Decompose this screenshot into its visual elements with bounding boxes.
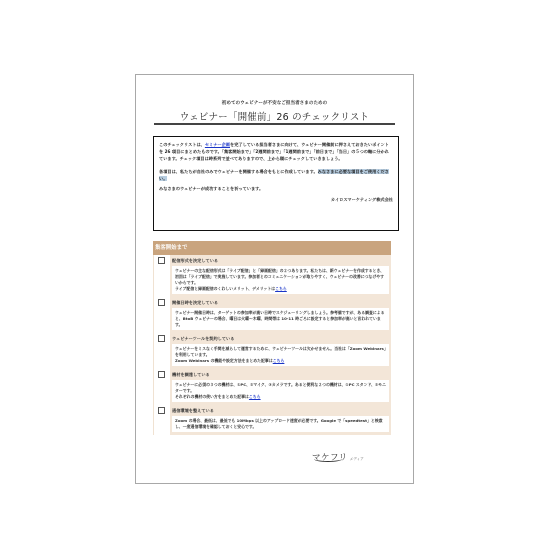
intro-box: このチェックリストは、セミナー企画を完了している担当者さまに向けて、ウェビナー開… (153, 136, 399, 231)
checkbox[interactable] (158, 407, 165, 414)
logo-media: メディア (350, 457, 364, 461)
item-content: 配信形式を決定しているウェビナーの主な配信形式は「ライブ配信」と「録画配信」の２… (170, 255, 391, 297)
checkbox[interactable] (158, 299, 165, 306)
item-label: ウェビナーツールを契約している (172, 333, 389, 344)
details-link[interactable]: こちら (275, 286, 287, 291)
item-description: Zoom の場合、最低は、最低でも 10Mbps 以上のアップロード速度が必要で… (172, 416, 389, 432)
item-label: 通信環境を整えている (172, 405, 389, 416)
checklist-item: 機材を調達しているウェビナーに必須の３つの機材は、①PC、②マイク、③カメラです… (153, 369, 391, 405)
checkbox[interactable] (158, 257, 165, 264)
details-link[interactable]: こちら (273, 358, 285, 363)
section-heading: 集客開始まで (153, 241, 391, 255)
item-description: ウェビナーに必須の３つの機材は、①PC、②マイク、③カメラです。あると便利な２つ… (172, 380, 389, 402)
item-label: 開催日時を決定している (172, 297, 389, 308)
document-title: ウェビナー「開催前」26 のチェックリスト (136, 109, 413, 123)
document-subtitle: 初めてのウェビナーが不安なご担当者さまのための (136, 100, 413, 106)
intro-paragraph-3: みなさまのウェビナーが成功することを祈っています。 (159, 185, 393, 192)
checkbox[interactable] (158, 335, 165, 342)
item-label: 機材を調達している (172, 369, 389, 380)
intro-paragraph-2: 各項目は、私たちが自社のみでウェビナーを開催する場合をもとに作成しています。みな… (159, 168, 393, 182)
item-content: ウェビナーツールを契約しているウェビナーをミスなく手間を減らして運営するために、… (170, 333, 391, 369)
item-description: ウェビナーをミスなく手間を減らして運営するために、ウェビナーツールは欠かせません… (172, 344, 389, 366)
logo-swoosh-icon (314, 456, 342, 462)
item-description: ウェビナーの主な配信形式は「ライブ配信」と「録画配信」の２つあります。私たちは、… (172, 266, 389, 294)
item-content: 開催日時を決定しているウェビナー開催日時は、ターゲットの参加率が高い日時でスケジ… (170, 297, 391, 333)
checkbox[interactable] (158, 371, 165, 378)
signature: カイロスマーケティング株式会社 (159, 196, 393, 203)
intro-paragraph-1: このチェックリストは、セミナー企画を完了している担当者さまに向けて、ウェビナー開… (159, 141, 393, 163)
checkbox-column (153, 369, 170, 405)
checkbox-column (153, 333, 170, 369)
details-link[interactable]: こちら (249, 394, 261, 399)
checklist-item: 開催日時を決定しているウェビナー開催日時は、ターゲットの参加率が高い日時でスケジ… (153, 297, 391, 333)
checkbox-column (153, 255, 170, 297)
makefuri-logo: マケフリメディア (312, 445, 372, 469)
document-page: 初めてのウェビナーが不安なご担当者さまのための ウェビナー「開催前」26 のチェ… (135, 74, 414, 484)
item-content: 通信環境を整えているZoom の場合、最低は、最低でも 10Mbps 以上のアッ… (170, 405, 391, 435)
checklist-item: 配信形式を決定しているウェビナーの主な配信形式は「ライブ配信」と「録画配信」の２… (153, 255, 391, 297)
seminar-planning-link[interactable]: セミナー企画 (205, 142, 230, 147)
item-content: 機材を調達しているウェビナーに必須の３つの機材は、①PC、②マイク、③カメラです… (170, 369, 391, 405)
item-label: 配信形式を決定している (172, 255, 389, 266)
checklist-item: 通信環境を整えているZoom の場合、最低は、最低でも 10Mbps 以上のアッ… (153, 405, 391, 435)
checklist-section: 集客開始まで 配信形式を決定しているウェビナーの主な配信形式は「ライブ配信」と「… (153, 241, 391, 435)
checkbox-column (153, 297, 170, 333)
title-divider (154, 123, 395, 125)
checklist-item: ウェビナーツールを契約しているウェビナーをミスなく手間を減らして運営するために、… (153, 333, 391, 369)
item-description: ウェビナー開催日時は、ターゲットの参加率が高い日時でスケジューリングしましょう。… (172, 308, 389, 330)
checkbox-column (153, 405, 170, 435)
